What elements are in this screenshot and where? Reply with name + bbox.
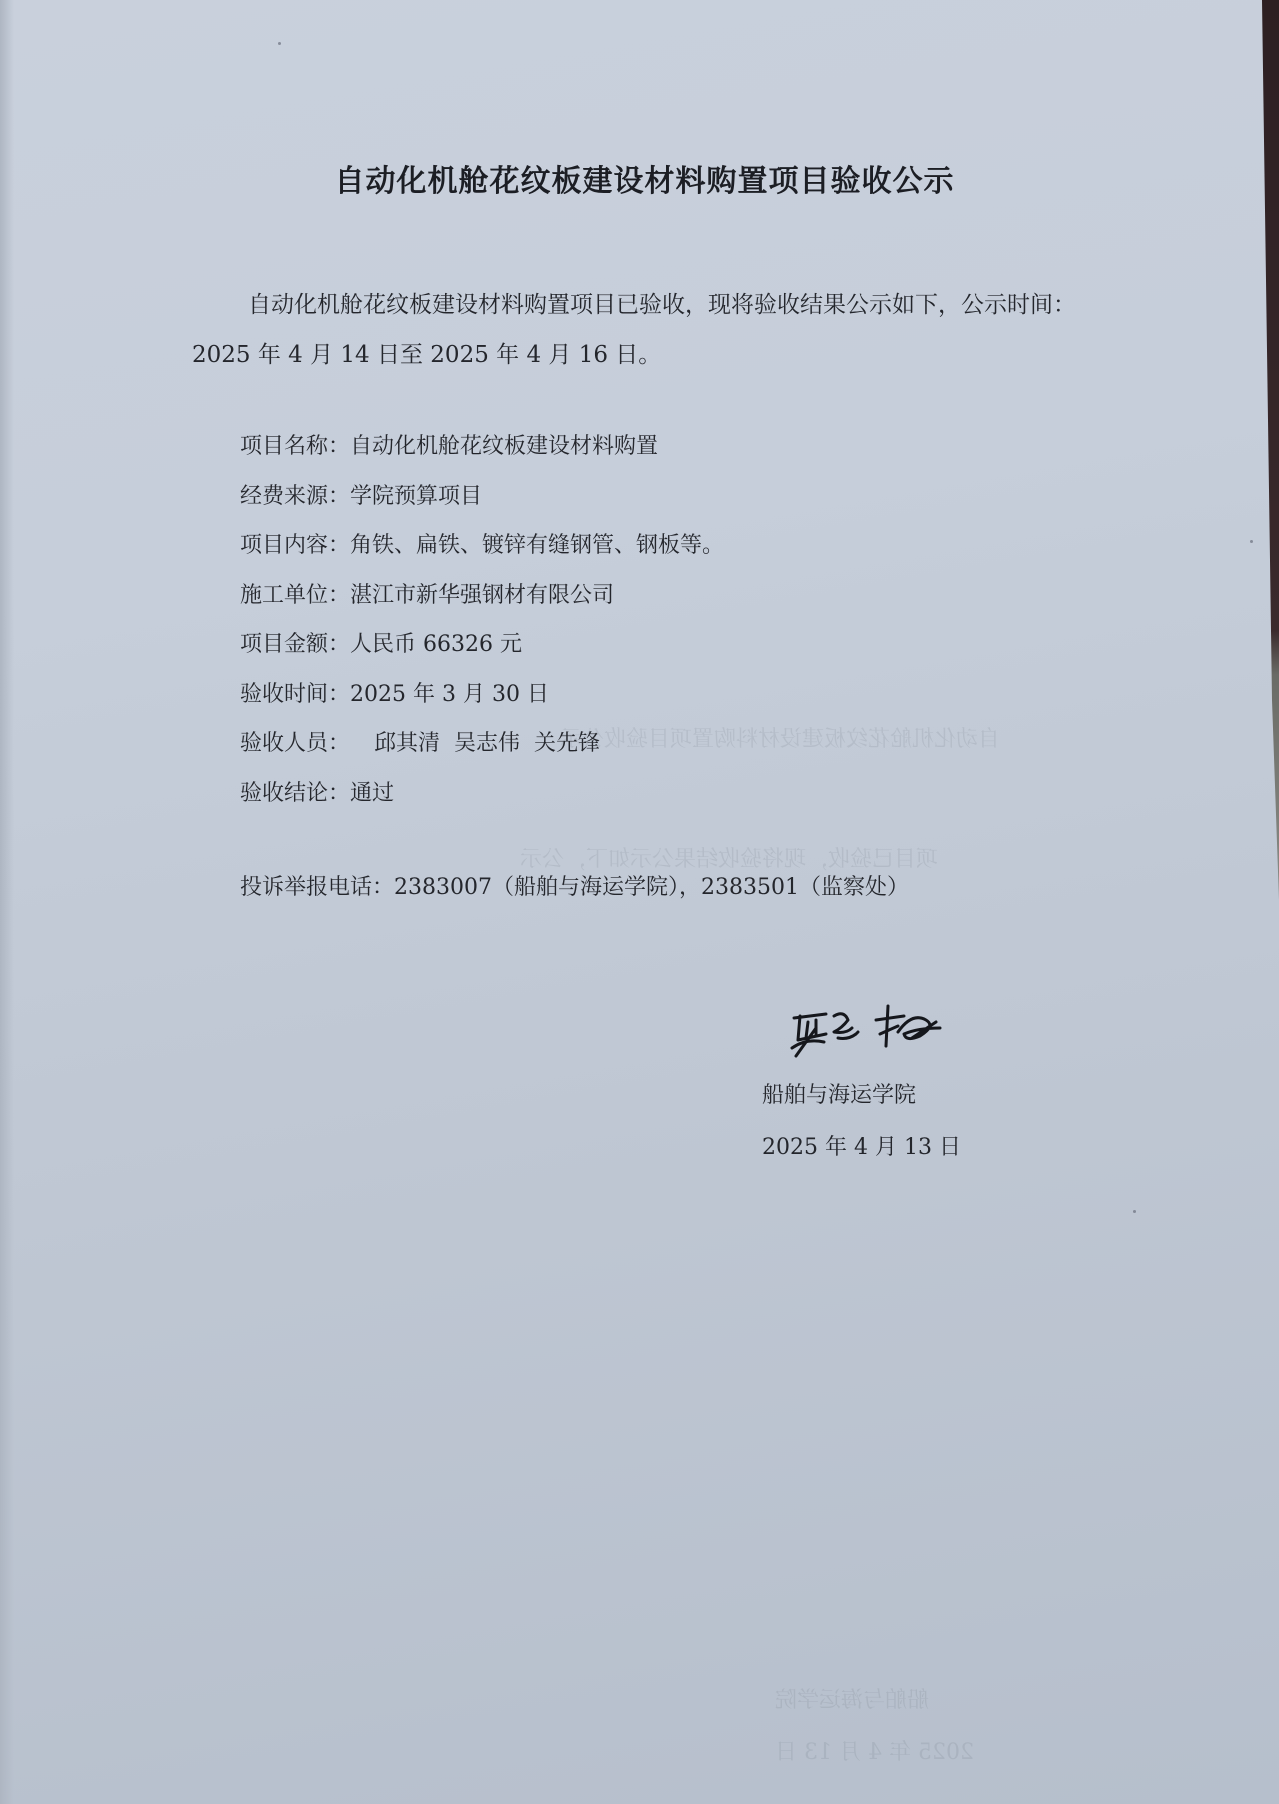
field-contractor: 施工单位： 湛江市新华强钢材有限公司 xyxy=(240,569,1040,619)
field-label: 经费来源： xyxy=(240,479,350,510)
field-funding-source: 经费来源： 学院预算项目 xyxy=(240,470,1040,520)
project-fields: 项目名称： 自动化机舱花纹板建设材料购置 经费来源： 学院预算项目 项目内容： … xyxy=(240,420,1040,816)
field-value: 通过 xyxy=(350,776,394,807)
field-value: 角铁、扁铁、镀锌有缝钢管、钢板等。 xyxy=(350,528,724,559)
field-value: 人民币 66326 元 xyxy=(350,627,522,658)
field-value: 学院预算项目 xyxy=(350,479,482,510)
complaint-hotline: 投诉举报电话：2383007（船舶与海运学院），2383501（监察处） xyxy=(240,870,909,901)
field-label: 项目金额： xyxy=(240,627,350,658)
bleed-through-intro: 项目已验收，现将验收结果公示如下，公示 xyxy=(520,842,938,873)
handwritten-signature-icon xyxy=(786,998,946,1068)
paper-speck xyxy=(1133,1210,1136,1213)
field-label: 验收时间： xyxy=(240,677,350,708)
field-label: 验收结论： xyxy=(240,776,350,807)
paper-sheet: 自动化机舱花纹板建设材料购置项目验收公示 项目已验收，现将验收结果公示如下，公示… xyxy=(0,0,1279,1804)
signing-date: 2025 年 4 月 13 日 xyxy=(762,1130,961,1161)
field-value: 自动化机舱花纹板建设材料购置 xyxy=(350,429,658,460)
field-value: 邱其清 吴志伟 关先锋 xyxy=(350,726,600,757)
field-value: 湛江市新华强钢材有限公司 xyxy=(350,578,614,609)
intro-paragraph: 自动化机舱花纹板建设材料购置项目已验收，现将验收结果公示如下，公示时间：2025… xyxy=(192,280,1087,380)
field-value: 2025 年 3 月 30 日 xyxy=(350,677,549,708)
field-conclusion: 验收结论： 通过 xyxy=(240,767,1040,817)
field-label: 项目内容： xyxy=(240,528,350,559)
field-label: 验收人员： xyxy=(240,726,350,757)
bleed-through-org: 船舶与海运学院 xyxy=(775,1683,929,1714)
bleed-through-date: 2025 年 4 月 13 日 xyxy=(775,1735,974,1766)
paper-speck xyxy=(1250,540,1253,543)
field-label: 施工单位： xyxy=(240,578,350,609)
field-acceptance-date: 验收时间： 2025 年 3 月 30 日 xyxy=(240,668,1040,718)
field-project-content: 项目内容： 角铁、扁铁、镀锌有缝钢管、钢板等。 xyxy=(240,519,1040,569)
paper-speck xyxy=(278,42,281,45)
field-label: 项目名称： xyxy=(240,429,350,460)
field-project-name: 项目名称： 自动化机舱花纹板建设材料购置 xyxy=(240,420,1040,470)
field-acceptance-staff: 验收人员： 邱其清 吴志伟 关先锋 xyxy=(240,717,1040,767)
field-amount: 项目金额： 人民币 66326 元 xyxy=(240,618,1040,668)
signing-organization: 船舶与海运学院 xyxy=(762,1078,916,1109)
document-title: 自动化机舱花纹板建设材料购置项目验收公示 xyxy=(0,156,1279,200)
